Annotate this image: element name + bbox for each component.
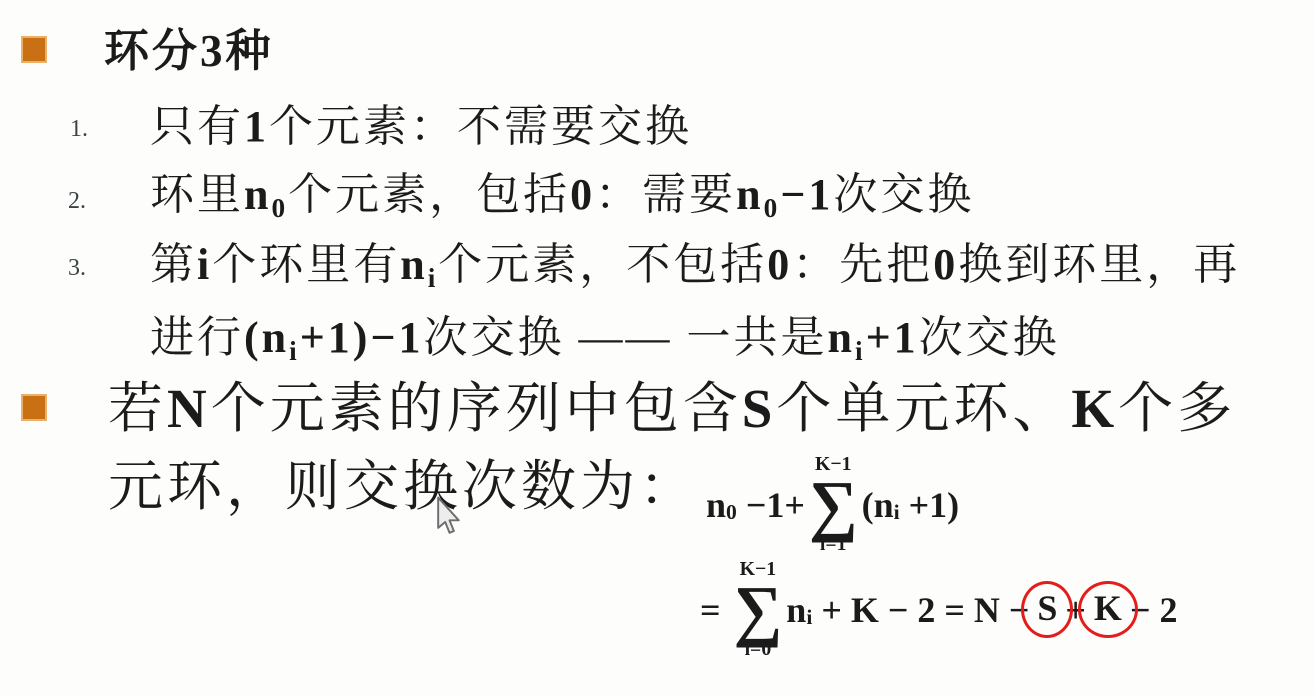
- text-segment: +1: [866, 313, 919, 362]
- text-segment: (n: [862, 484, 894, 526]
- formula-swap-count: n0 −1+K−1∑i=1(ni +1): [706, 455, 959, 555]
- text-segment: n: [244, 170, 271, 219]
- text-segment: 0: [764, 193, 781, 223]
- text-segment: 1: [244, 102, 269, 151]
- text-segment: i: [428, 263, 439, 293]
- text-segment: 若: [108, 378, 167, 439]
- text-segment: n: [786, 589, 806, 631]
- text-segment: 0: [933, 240, 958, 289]
- text-segment: 个元素，不包括: [438, 240, 767, 289]
- summation-symbol: K−1∑i=0: [734, 560, 783, 660]
- text-segment: K: [1071, 378, 1118, 439]
- text-segment: 次交换: [833, 170, 974, 219]
- list-marker-1: 1.: [70, 116, 88, 143]
- red-circled-term: K: [1078, 581, 1138, 638]
- text-segment: 个元素的序列中包含: [211, 378, 742, 439]
- text-segment: =: [700, 589, 730, 631]
- text-segment: 0: [767, 240, 792, 289]
- text-segment: i: [855, 336, 866, 366]
- summation-symbol: K−1∑i=1: [809, 455, 858, 555]
- mouse-cursor-icon: [436, 496, 462, 536]
- text-segment: + K − 2 = N −: [812, 589, 1029, 631]
- text-segment: i: [289, 336, 300, 366]
- text-segment: 次交换 —— 一共是: [424, 313, 828, 362]
- sigma-glyph: ∑: [734, 580, 783, 640]
- text-segment: 0: [726, 501, 737, 526]
- text-segment: −1+: [737, 484, 805, 526]
- sum-limit: i=0: [745, 640, 772, 660]
- text-segment: 只有: [150, 102, 244, 151]
- text-segment: 0: [271, 193, 288, 223]
- text-segment: 个环里有: [212, 240, 400, 289]
- presentation-slide: 环分3种 1. 只有1个元素：不需要交换 2. 环里n0个元素，包括0：需要n0…: [0, 0, 1315, 695]
- text-segment: ：需要: [595, 170, 736, 219]
- sum-limit: i=1: [820, 535, 847, 555]
- text-segment: 个多: [1118, 378, 1236, 439]
- list-item-1: 只有1个元素：不需要交换: [150, 97, 692, 157]
- text-segment: (n: [244, 313, 289, 362]
- text-segment: i: [894, 501, 900, 526]
- text-segment: 换到环里，再: [958, 240, 1240, 289]
- text-segment: −1: [780, 170, 833, 219]
- text-segment: n: [706, 484, 726, 526]
- text-segment: N: [167, 378, 211, 439]
- slide-title: 环分3种: [104, 14, 274, 79]
- text-segment: i: [806, 606, 812, 631]
- text-segment: 第: [150, 240, 197, 289]
- list-item-3-line-1: 第i个环里有ni个元素，不包括0：先把0换到环里，再: [150, 235, 1240, 308]
- text-segment: +1)−1: [300, 313, 424, 362]
- text-segment: 环里: [150, 170, 244, 219]
- list-item-2: 环里n0个元素，包括0：需要n0−1次交换: [150, 165, 974, 238]
- list-item-3: 第i个环里有ni个元素，不包括0：先把0换到环里，再 进行(ni+1)−1次交换…: [150, 235, 1240, 381]
- text-segment: 进行: [150, 313, 244, 362]
- text-segment: 个元素，包括: [288, 170, 570, 219]
- text-segment: n: [400, 240, 427, 289]
- text-segment: n: [828, 313, 855, 362]
- text-segment: +1): [900, 484, 960, 526]
- text-segment: 次交换: [919, 313, 1060, 362]
- list-marker-2: 2.: [68, 188, 86, 215]
- list-marker-3: 3.: [68, 255, 86, 282]
- bullet-square-icon: [21, 394, 47, 421]
- text-segment: 元环，则交换次数为：: [108, 456, 698, 517]
- text-segment: 个元素：不需要交换: [269, 102, 692, 151]
- bullet-2-text: 若N个元素的序列中包含S个单元环、K个多 元环，则交换次数为：: [108, 370, 1236, 526]
- bullet-square-icon: [21, 36, 47, 63]
- text-segment: 0: [570, 170, 595, 219]
- bullet-2-line-1: 若N个元素的序列中包含S个单元环、K个多: [108, 370, 1236, 448]
- text-segment: i: [197, 240, 212, 289]
- bullet-2-line-2: 元环，则交换次数为：: [108, 448, 1236, 526]
- sigma-glyph: ∑: [809, 475, 858, 535]
- text-segment: ：先把: [792, 240, 933, 289]
- text-segment: 个单元环、: [776, 378, 1071, 439]
- text-segment: S: [742, 378, 777, 439]
- formula-simplified-result: = K−1∑i=0ni + K − 2 = N −S+K− 2: [700, 560, 1177, 660]
- text-segment: n: [736, 170, 763, 219]
